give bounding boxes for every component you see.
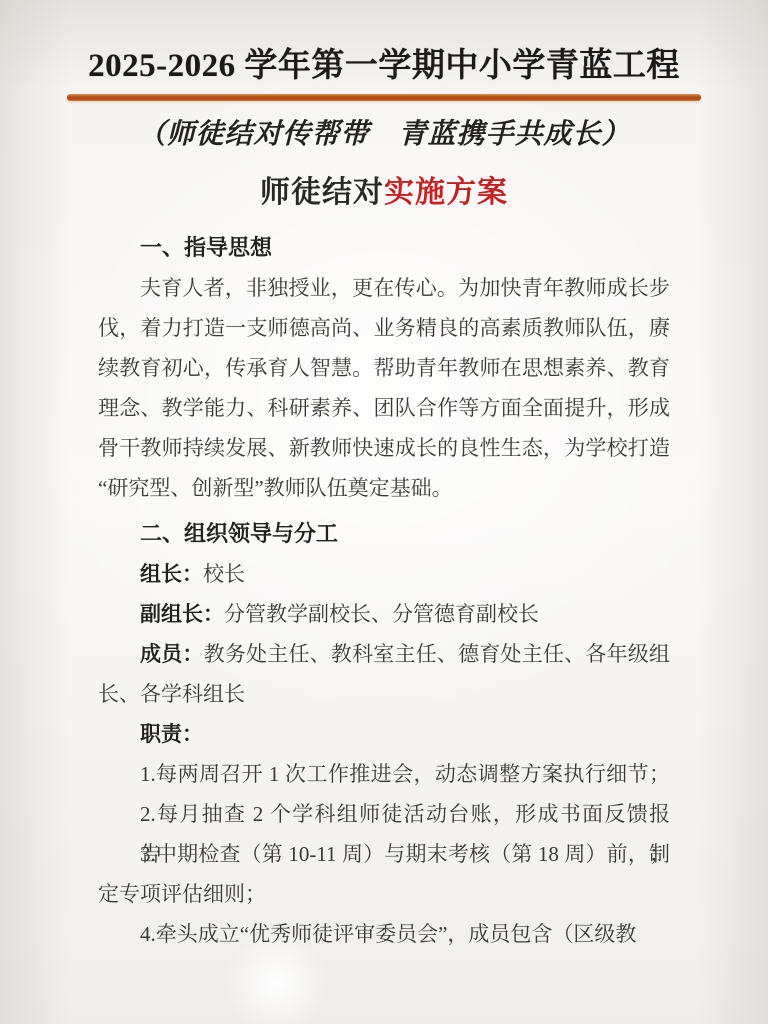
role-line-members-continued: 长、各学科组长 — [98, 674, 670, 714]
duty-item-continued: 定专项评估细则； — [98, 874, 670, 914]
section2-roles: 组长：校长 副组长：分管教学副校长、分管德育副校长 成员：教务处主任、教科室主任… — [98, 554, 670, 754]
role-line-members: 成员：教务处主任、教科室主任、德育处主任、各年级组 — [98, 634, 670, 674]
role-value: 分管教学副校长、分管德育副校长 — [224, 602, 539, 626]
duty-item: 3.中期检查（第 10-11 周）与期末考核（第 18 周）前，制 — [98, 834, 670, 874]
paragraph-line: 伐，着力打造一支师德高尚、业务精良的高素质教师队伍，赓 — [98, 308, 670, 348]
role-value: 教务处主任、教科室主任、德育处主任、各年级组 — [204, 642, 670, 666]
paragraph-line: 理念、教学能力、科研素养、团队合作等方面全面提升，形成 — [98, 388, 670, 428]
section2-heading: 二、组织领导与分工 — [98, 514, 670, 554]
document-body: 一、指导思想 夫育人者，非独授业，更在传心。为加快青年教师成长步 伐，着力打造一… — [98, 228, 670, 954]
role-value: 校长 — [203, 562, 245, 586]
role-line-duty-label: 职责： — [98, 714, 670, 754]
role-label: 副组长： — [140, 602, 224, 626]
paragraph-line: 续教育初心，传承育人智慧。帮助青年教师在思想素养、教育 — [98, 348, 670, 388]
duty-item: 2.每月抽查 2 个学科组师徒活动台账，形成书面反馈报告； — [98, 794, 670, 834]
paragraph-line: “研究型、创新型”教师队伍奠定基础。 — [98, 468, 670, 508]
plan-heading: 师徒结对实施方案 — [0, 175, 768, 211]
role-line-deputy: 副组长：分管教学副校长、分管德育副校长 — [98, 594, 670, 634]
plan-heading-black: 师徒结对 — [260, 176, 384, 209]
duty-item: 1.每两周召开 1 次工作推进会，动态调整方案执行细节； — [98, 754, 670, 794]
document-title: 2025-2026 学年第一学期中小学青蓝工程 — [0, 46, 768, 86]
section2-duty-list: 1.每两周召开 1 次工作推进会，动态调整方案执行细节； 2.每月抽查 2 个学… — [98, 754, 670, 954]
document-subtitle: （师徒结对传帮带 青蓝携手共成长） — [0, 117, 768, 153]
paragraph-line: 夫育人者，非独授业，更在传心。为加快青年教师成长步 — [98, 268, 670, 308]
title-underline — [67, 94, 701, 101]
role-label: 成员： — [140, 642, 204, 666]
role-label: 职责： — [140, 722, 203, 746]
role-value: 长、各学科组长 — [98, 682, 245, 706]
document-page: 2025-2026 学年第一学期中小学青蓝工程 （师徒结对传帮带 青蓝携手共成长… — [0, 0, 768, 1024]
section1-heading: 一、指导思想 — [98, 228, 670, 268]
duty-item: 4.牵头成立“优秀师徒评审委员会”，成员包含（区级教 — [98, 914, 670, 954]
section1-paragraph: 夫育人者，非独授业，更在传心。为加快青年教师成长步 伐，着力打造一支师德高尚、业… — [98, 268, 670, 508]
role-label: 组长： — [140, 562, 203, 586]
role-line-leader: 组长：校长 — [98, 554, 670, 594]
plan-heading-red: 实施方案 — [384, 176, 508, 209]
paragraph-line: 骨干教师持续发展、新教师快速成长的良性生态，为学校打造 — [98, 428, 670, 468]
